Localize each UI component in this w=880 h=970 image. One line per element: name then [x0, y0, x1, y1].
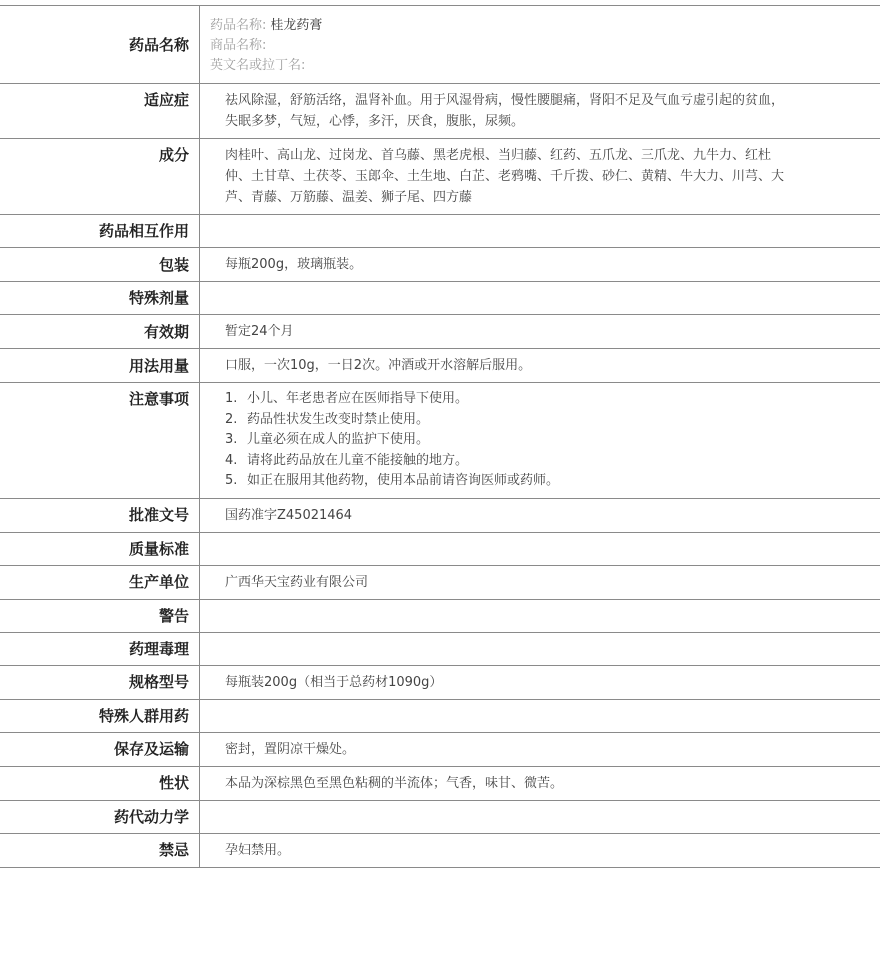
label-usage: 用法用量 — [0, 349, 200, 383]
label-warning: 警告 — [0, 599, 200, 632]
label-ingredients: 成分 — [0, 139, 200, 215]
row-ingredients: 成分 肉桂叶、高山龙、过岗龙、首乌藤、黑老虎根、当归藤、红药、五爪龙、三爪龙、九… — [0, 139, 880, 215]
precaution-list: 1.小儿、年老患者应在医师指导下使用。 2.药品性状发生改变时禁止使用。 3.儿… — [225, 389, 870, 492]
generic-name-value: 桂龙药膏 — [270, 18, 322, 33]
value-pharmacology — [200, 632, 880, 665]
value-description: 本品为深棕黑色至黑色粘稠的半流体；气香，味甘、微苦。 — [200, 766, 880, 800]
row-warning: 警告 — [0, 599, 880, 632]
label-packaging: 包装 — [0, 248, 200, 282]
value-storage: 密封，置阴凉干燥处。 — [200, 732, 880, 766]
value-packaging: 每瓶200g，玻璃瓶装。 — [200, 248, 880, 282]
label-contraindications: 禁忌 — [0, 833, 200, 867]
label-approval-number: 批准文号 — [0, 498, 200, 532]
label-indications: 适应症 — [0, 84, 200, 139]
row-storage: 保存及运输 密封，置阴凉干燥处。 — [0, 732, 880, 766]
row-usage: 用法用量 口服，一次10g，一日2次。冲酒或开水溶解后服用。 — [0, 349, 880, 383]
row-drug-name: 药品名称 药品名称:桂龙药膏 商品名称: 英文名或拉丁名: — [0, 6, 880, 84]
row-manufacturer: 生产单位 广西华天宝药业有限公司 — [0, 565, 880, 599]
row-indications: 适应症 祛风除湿，舒筋活络，温肾补血。用于风湿骨病，慢性腰腿痛，肾阳不足及气血亏… — [0, 84, 880, 139]
value-pharmacokinetics — [200, 800, 880, 833]
row-precautions: 注意事项 1.小儿、年老患者应在医师指导下使用。 2.药品性状发生改变时禁止使用… — [0, 383, 880, 499]
english-name-line: 英文名或拉丁名: — [210, 56, 870, 76]
label-special-dosage: 特殊剂量 — [0, 282, 200, 315]
value-manufacturer: 广西华天宝药业有限公司 — [200, 565, 880, 599]
precaution-item: 2.药品性状发生改变时禁止使用。 — [225, 410, 870, 431]
row-approval-number: 批准文号 国药准字Z45021464 — [0, 498, 880, 532]
value-ingredients: 肉桂叶、高山龙、过岗龙、首乌藤、黑老虎根、当归藤、红药、五爪龙、三爪龙、九牛力、… — [225, 145, 790, 208]
label-drug-name: 药品名称 — [0, 6, 200, 84]
value-precautions: 1.小儿、年老患者应在医师指导下使用。 2.药品性状发生改变时禁止使用。 3.儿… — [200, 383, 880, 499]
english-name-key: 英文名或拉丁名: — [210, 58, 305, 73]
row-interactions: 药品相互作用 — [0, 215, 880, 248]
label-pharmacokinetics: 药代动力学 — [0, 800, 200, 833]
precaution-item: 5.如正在服用其他药物，使用本品前请咨询医师或药师。 — [225, 471, 870, 492]
precaution-item: 4.请将此药品放在儿童不能接触的地方。 — [225, 451, 870, 472]
row-pharmacokinetics: 药代动力学 — [0, 800, 880, 833]
row-contraindications: 禁忌 孕妇禁用。 — [0, 833, 880, 867]
value-approval-number: 国药准字Z45021464 — [200, 498, 880, 532]
generic-name-key: 药品名称: — [210, 18, 266, 33]
label-quality-standard: 质量标准 — [0, 532, 200, 565]
label-interactions: 药品相互作用 — [0, 215, 200, 248]
label-precautions: 注意事项 — [0, 383, 200, 499]
value-quality-standard — [200, 532, 880, 565]
precaution-item: 1.小儿、年老患者应在医师指导下使用。 — [225, 389, 870, 410]
trade-name-key: 商品名称: — [210, 38, 266, 53]
row-description: 性状 本品为深棕黑色至黑色粘稠的半流体；气香，味甘、微苦。 — [0, 766, 880, 800]
label-description: 性状 — [0, 766, 200, 800]
drug-spec-table: 药品名称 药品名称:桂龙药膏 商品名称: 英文名或拉丁名: 适应症 祛风除湿，舒… — [0, 5, 880, 868]
label-special-populations: 特殊人群用药 — [0, 699, 200, 732]
label-shelf-life: 有效期 — [0, 315, 200, 349]
value-usage: 口服，一次10g，一日2次。冲酒或开水溶解后服用。 — [200, 349, 880, 383]
trade-name-line: 商品名称: — [210, 36, 870, 56]
row-quality-standard: 质量标准 — [0, 532, 880, 565]
value-indications: 祛风除湿，舒筋活络，温肾补血。用于风湿骨病，慢性腰腿痛，肾阳不足及气血亏虚引起的… — [225, 90, 790, 132]
value-drug-name: 药品名称:桂龙药膏 商品名称: 英文名或拉丁名: — [200, 6, 880, 84]
label-pharmacology: 药理毒理 — [0, 632, 200, 665]
label-storage: 保存及运输 — [0, 732, 200, 766]
row-special-populations: 特殊人群用药 — [0, 699, 880, 732]
row-pharmacology: 药理毒理 — [0, 632, 880, 665]
row-shelf-life: 有效期 暂定24个月 — [0, 315, 880, 349]
value-special-dosage — [200, 282, 880, 315]
value-specification: 每瓶装200g（相当于总药材1090g） — [200, 665, 880, 699]
precaution-item: 3.儿童必须在成人的监护下使用。 — [225, 430, 870, 451]
value-special-populations — [200, 699, 880, 732]
label-manufacturer: 生产单位 — [0, 565, 200, 599]
row-packaging: 包装 每瓶200g，玻璃瓶装。 — [0, 248, 880, 282]
value-contraindications: 孕妇禁用。 — [200, 833, 880, 867]
label-specification: 规格型号 — [0, 665, 200, 699]
value-shelf-life: 暂定24个月 — [200, 315, 880, 349]
row-specification: 规格型号 每瓶装200g（相当于总药材1090g） — [0, 665, 880, 699]
value-warning — [200, 599, 880, 632]
row-special-dosage: 特殊剂量 — [0, 282, 880, 315]
generic-name-line: 药品名称:桂龙药膏 — [210, 16, 870, 36]
value-interactions — [200, 215, 880, 248]
